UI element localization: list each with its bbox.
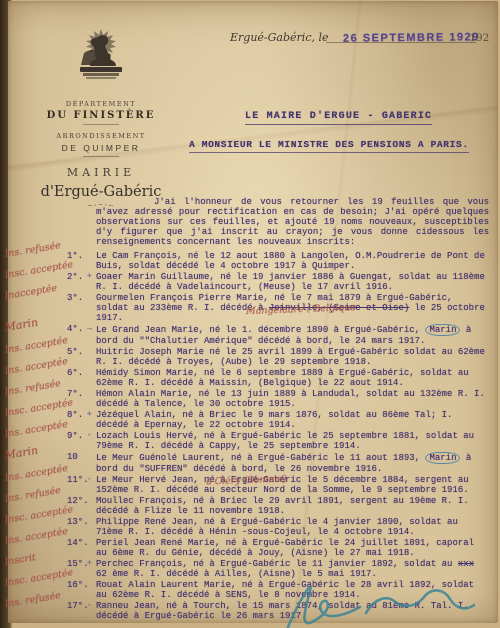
entry-text: Hémidy Simon Marie, né le 6 septembre 18… bbox=[96, 368, 469, 388]
entry-text: Hémon Alain Marie, né le 13 juin 1889 à … bbox=[96, 389, 485, 409]
intro-paragraph: J'ai l'honneur de vous retourner les 19 … bbox=[96, 197, 489, 247]
divider bbox=[83, 156, 119, 157]
entry-row: Marin4°.→Le Grand Jean Marie, né le 1. d… bbox=[96, 324, 489, 346]
entry-text: Le Meur Guénolé Laurent, né à Ergué-Gabé… bbox=[96, 453, 471, 474]
handwritten-correction: Mangelaare ( Belgique bbox=[246, 303, 356, 317]
letter-paper: DÉPARTEMENT DU FINISTÈRE ARRONDISSEMENT … bbox=[8, 1, 498, 623]
dateline: Ergué-Gabéric, le26 SEPTEMBRE 1929192 bbox=[230, 28, 499, 46]
entry-text: Periel Jean René Marie, né à Ergué-Gabér… bbox=[96, 538, 474, 558]
arrondissement-name: DE QUIMPER bbox=[24, 143, 178, 153]
entry-row: Ins. refusée7°.Hémon Alain Marie, né le … bbox=[96, 389, 489, 409]
struck-text: xxx bbox=[458, 559, 474, 569]
arrondissement-label: ARRONDISSEMENT bbox=[24, 132, 178, 140]
date-rule bbox=[326, 42, 476, 43]
entry-text: Le Cam François, né le 12 aout 1880 à La… bbox=[96, 251, 485, 271]
mayor-signature bbox=[270, 569, 480, 628]
divider bbox=[83, 124, 119, 125]
entry-row: Insc. acceptée8°.+Jézéquel Alain, né à B… bbox=[96, 410, 489, 430]
entry-text: Moullec François, né à Briec le 29 avril… bbox=[96, 496, 469, 516]
entry-row: Insc. acceptée2°.+Goaer Marin Guillaume,… bbox=[96, 272, 489, 292]
entry-row: Ins. acceptée6°.Hémidy Simon Marie, né l… bbox=[96, 368, 489, 388]
date-prefix: Ergué-Gabéric, le bbox=[230, 31, 329, 44]
sender-heading: LE MAIRE D'ERGUE - GABERIC bbox=[245, 111, 432, 125]
entry-row: Inacceptée3°.Gourmelen François Pierre M… bbox=[96, 293, 489, 323]
entry-number: 10 bbox=[67, 452, 93, 462]
entry-text: Jézéquel Alain, né à Briec le 9 mars 187… bbox=[96, 410, 452, 430]
circled-text: Marin bbox=[425, 452, 460, 464]
letterhead: DÉPARTEMENT DU FINISTÈRE ARRONDISSEMENT … bbox=[24, 27, 178, 210]
departement-label: DÉPARTEMENT bbox=[24, 100, 178, 108]
entry-row: Ins. acceptée14°.Periel Jean René Marie,… bbox=[96, 538, 489, 558]
entry-text: Lozach Louis Hervé, né à Ergué-Gabéric l… bbox=[96, 431, 474, 451]
entry-row: Ins. refusée12°.Moullec François, né à B… bbox=[96, 496, 489, 516]
scanned-letter-photo: DÉPARTEMENT DU FINISTÈRE ARRONDISSEMENT … bbox=[0, 0, 500, 628]
entry-row: Ins. acceptée5°.Huitric Joseph Marie né … bbox=[96, 347, 489, 367]
entries-list: Ins. refusée1°.Le Cam François, né le 12… bbox=[96, 251, 489, 621]
entry-row: Ins. acceptée9°.-Lozach Louis Hervé, né … bbox=[96, 431, 489, 451]
entry-row: Insc. acceptée13°.Philippe René Jean, né… bbox=[96, 517, 489, 537]
entry-number: 3°. bbox=[67, 293, 93, 303]
recipient-heading: A MONSIEUR LE MINISTRE DES PENSIONS A PA… bbox=[189, 139, 469, 153]
entry-text: Goaer Marin Guillaume, né le 19 janvier … bbox=[96, 272, 485, 292]
entry-text: Le Grand Jean Marie, né le 1. décembre 1… bbox=[96, 325, 471, 346]
departement-name: DU FINISTÈRE bbox=[24, 110, 178, 121]
check-mark-icon: - bbox=[87, 601, 92, 611]
entry-row: Ins. acceptée11°.-Le Meur Hervé Jean, né… bbox=[96, 475, 489, 495]
entry-text: Huitric Joseph Marie né le 25 avril 1899… bbox=[96, 347, 485, 367]
mairie-label: MAIRIE bbox=[24, 166, 178, 179]
letter-body: J'ai l'honneur de vous retourner les 19 … bbox=[96, 197, 489, 622]
entry-text: Philippe René Jean, né à Ergué-Gabéric l… bbox=[96, 517, 458, 537]
crest-icon bbox=[72, 27, 130, 93]
entry-row: Marin10Le Meur Guénolé Laurent, né à Erg… bbox=[96, 452, 489, 474]
entry-row: Ins. refusée1°.Le Cam François, né le 12… bbox=[96, 251, 489, 271]
circled-text: Marin bbox=[425, 324, 460, 336]
